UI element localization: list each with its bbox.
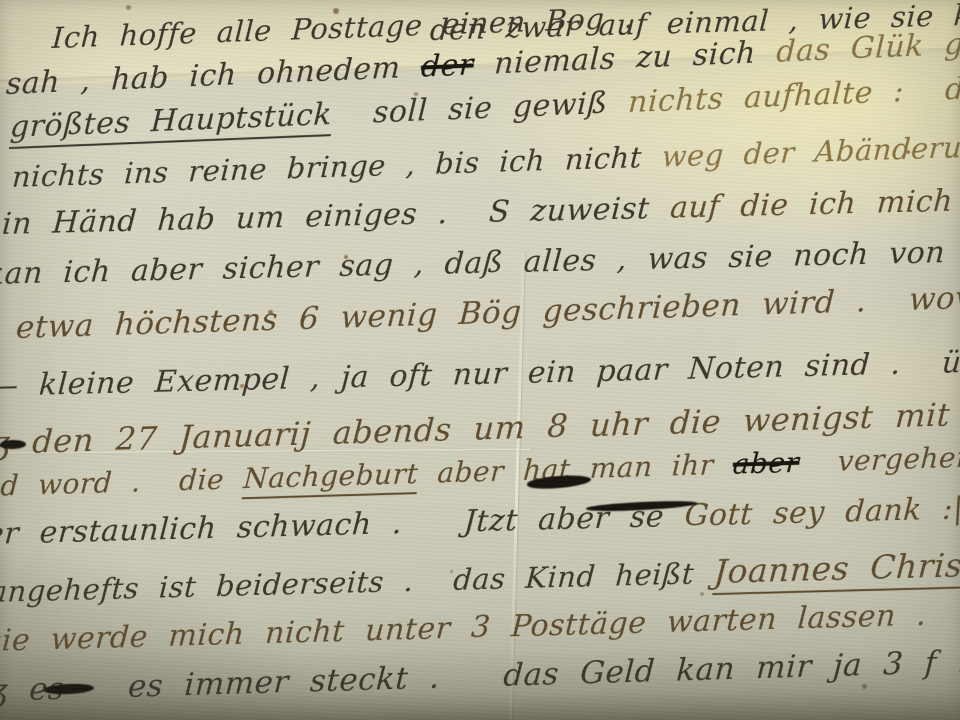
foxing-speck — [126, 5, 131, 10]
handwriting-segment: angehefts ist beiderseits . das Kind hei… — [0, 556, 715, 609]
handwriting-segment: aber — [732, 446, 800, 481]
line-5: in Händ hab um einiges . S zuweist auf d… — [1, 181, 960, 240]
handwriting-text-block: Ich hoffe alle Posttage einen Bog .den z… — [0, 0, 960, 720]
foxing-speck — [700, 592, 704, 596]
handwriting-segment: nichts aufhalte : den ich kan — [627, 64, 960, 120]
underline-joannes-chrisostomus: Joannes Chrisostomus — [713, 542, 960, 595]
handwriting-segment: nichts ins reine bringe , bis ich nicht — [11, 140, 663, 194]
ink-blot — [527, 473, 592, 491]
paper-texture — [0, 0, 960, 720]
line-12: angehefts ist beiderseits . das Kind hei… — [0, 544, 960, 607]
handwriting-segment: — kleine Exempel , ja oft nur ein paar N… — [0, 341, 960, 404]
foxing-speck — [344, 255, 348, 259]
underline-nachgeburt: Nachgeburt — [242, 457, 419, 499]
photo-vignette — [0, 0, 960, 720]
handwriting-segment: das Glük gehabt . Mein — [776, 16, 960, 70]
foxing-speck — [333, 8, 339, 14]
foxing-speck — [414, 92, 418, 96]
handwriting-segment: aber hat man ihr — [417, 448, 733, 490]
line-1-left: Ich hoffe alle Posttage einen Bog . — [51, 4, 635, 53]
handwriting-segment: soll sie gewiß — [331, 85, 629, 132]
paper-warm-glow-mid-right — [0, 0, 960, 720]
line-10: nd word . die Nachgeburt aber hat man ih… — [0, 440, 960, 501]
line-13: sie werde mich nicht unter 3 Posttäge wa… — [0, 592, 960, 657]
handwriting-segment: den zwar auf einmal , wie sie kompt — [429, 0, 960, 47]
paper-light-band-top — [0, 0, 960, 720]
manuscript-letter-photo: Ich hoffe alle Posttage einen Bog .den z… — [0, 0, 960, 720]
handwriting-segment: weg der Abänderung des Bog=stichs — [661, 121, 960, 174]
handwriting-segment: sie werde mich nicht unter 3 Posttäge wa… — [0, 589, 960, 659]
paper-creases — [0, 0, 960, 720]
paper-crease-line — [0, 448, 532, 454]
handwriting-segment: er erstaunlich schwach . Jtzt aber se — [0, 499, 686, 552]
handwriting-segment: in Händ hab um einiges . S zuweist — [1, 191, 671, 242]
line-9: ʒ den 27 Januarij abends um 8 uhr die we… — [0, 390, 960, 459]
line-14: ʒ es es immer steckt . das Geld kan mir … — [0, 642, 960, 707]
line-11: er erstaunlich schwach . Jtzt aber se Go… — [0, 489, 960, 550]
paper-warm-glow-top-right — [0, 0, 960, 720]
line-8: — kleine Exempel , ja oft nur ein paar N… — [0, 344, 960, 402]
foxing-speck — [906, 150, 910, 154]
handwriting-segment: ʒ es es immer steckt . das Geld kan mir … — [0, 639, 960, 710]
foxing-speck — [862, 684, 867, 689]
foxing-speck — [268, 310, 273, 315]
ink-blot — [586, 499, 698, 513]
foxing-specks — [0, 0, 960, 720]
paper-fold-shadow-top — [0, 47, 960, 86]
line-7: etwa höchstens 6 wenig Bög geschrieben w… — [15, 273, 960, 344]
line-2: sah , hab ich ohnedem der niemals zu sic… — [5, 19, 960, 100]
foxing-speck — [450, 570, 453, 573]
ink-blot — [0, 440, 26, 450]
handwriting-segment: Ich hoffe alle Posttage einen Bog . — [51, 1, 635, 55]
handwriting-segment: kan ich aber sicher sag , daß alles , wa… — [0, 233, 960, 292]
handwriting-segment: auf die ich mich bezieh mich . — [669, 178, 960, 226]
paper-shadow-bottom-edge — [0, 0, 960, 720]
handwriting-segment: nd word . die — [0, 462, 244, 503]
paper-shadow-bottom-left — [0, 0, 960, 720]
ink-blots — [0, 0, 960, 720]
underline-groesstes-hauptstueck: größtes Hauptstück — [9, 97, 333, 149]
line-4: nichts ins reine bringe , bis ich nicht … — [11, 124, 960, 192]
foxing-speck — [240, 384, 244, 388]
handwriting-segment: Gott sey dank :| befind sich — [684, 486, 960, 534]
ink-blot — [44, 683, 94, 696]
handwriting-segment: etwa höchstens 6 wenig Bög geschrieben w… — [15, 270, 960, 346]
line-1-right: den zwar auf einmal , wie sie kompt — [429, 0, 960, 45]
handwriting-segment: vergehen müßn — [798, 437, 960, 478]
paper-crease-line — [509, 252, 525, 720]
line-6: kan ich aber sicher sag , daß alles , wa… — [0, 232, 960, 290]
paper-background — [0, 0, 960, 720]
handwriting-segment: ʒ den 27 Januarij abends um 8 uhr die we… — [0, 387, 960, 462]
